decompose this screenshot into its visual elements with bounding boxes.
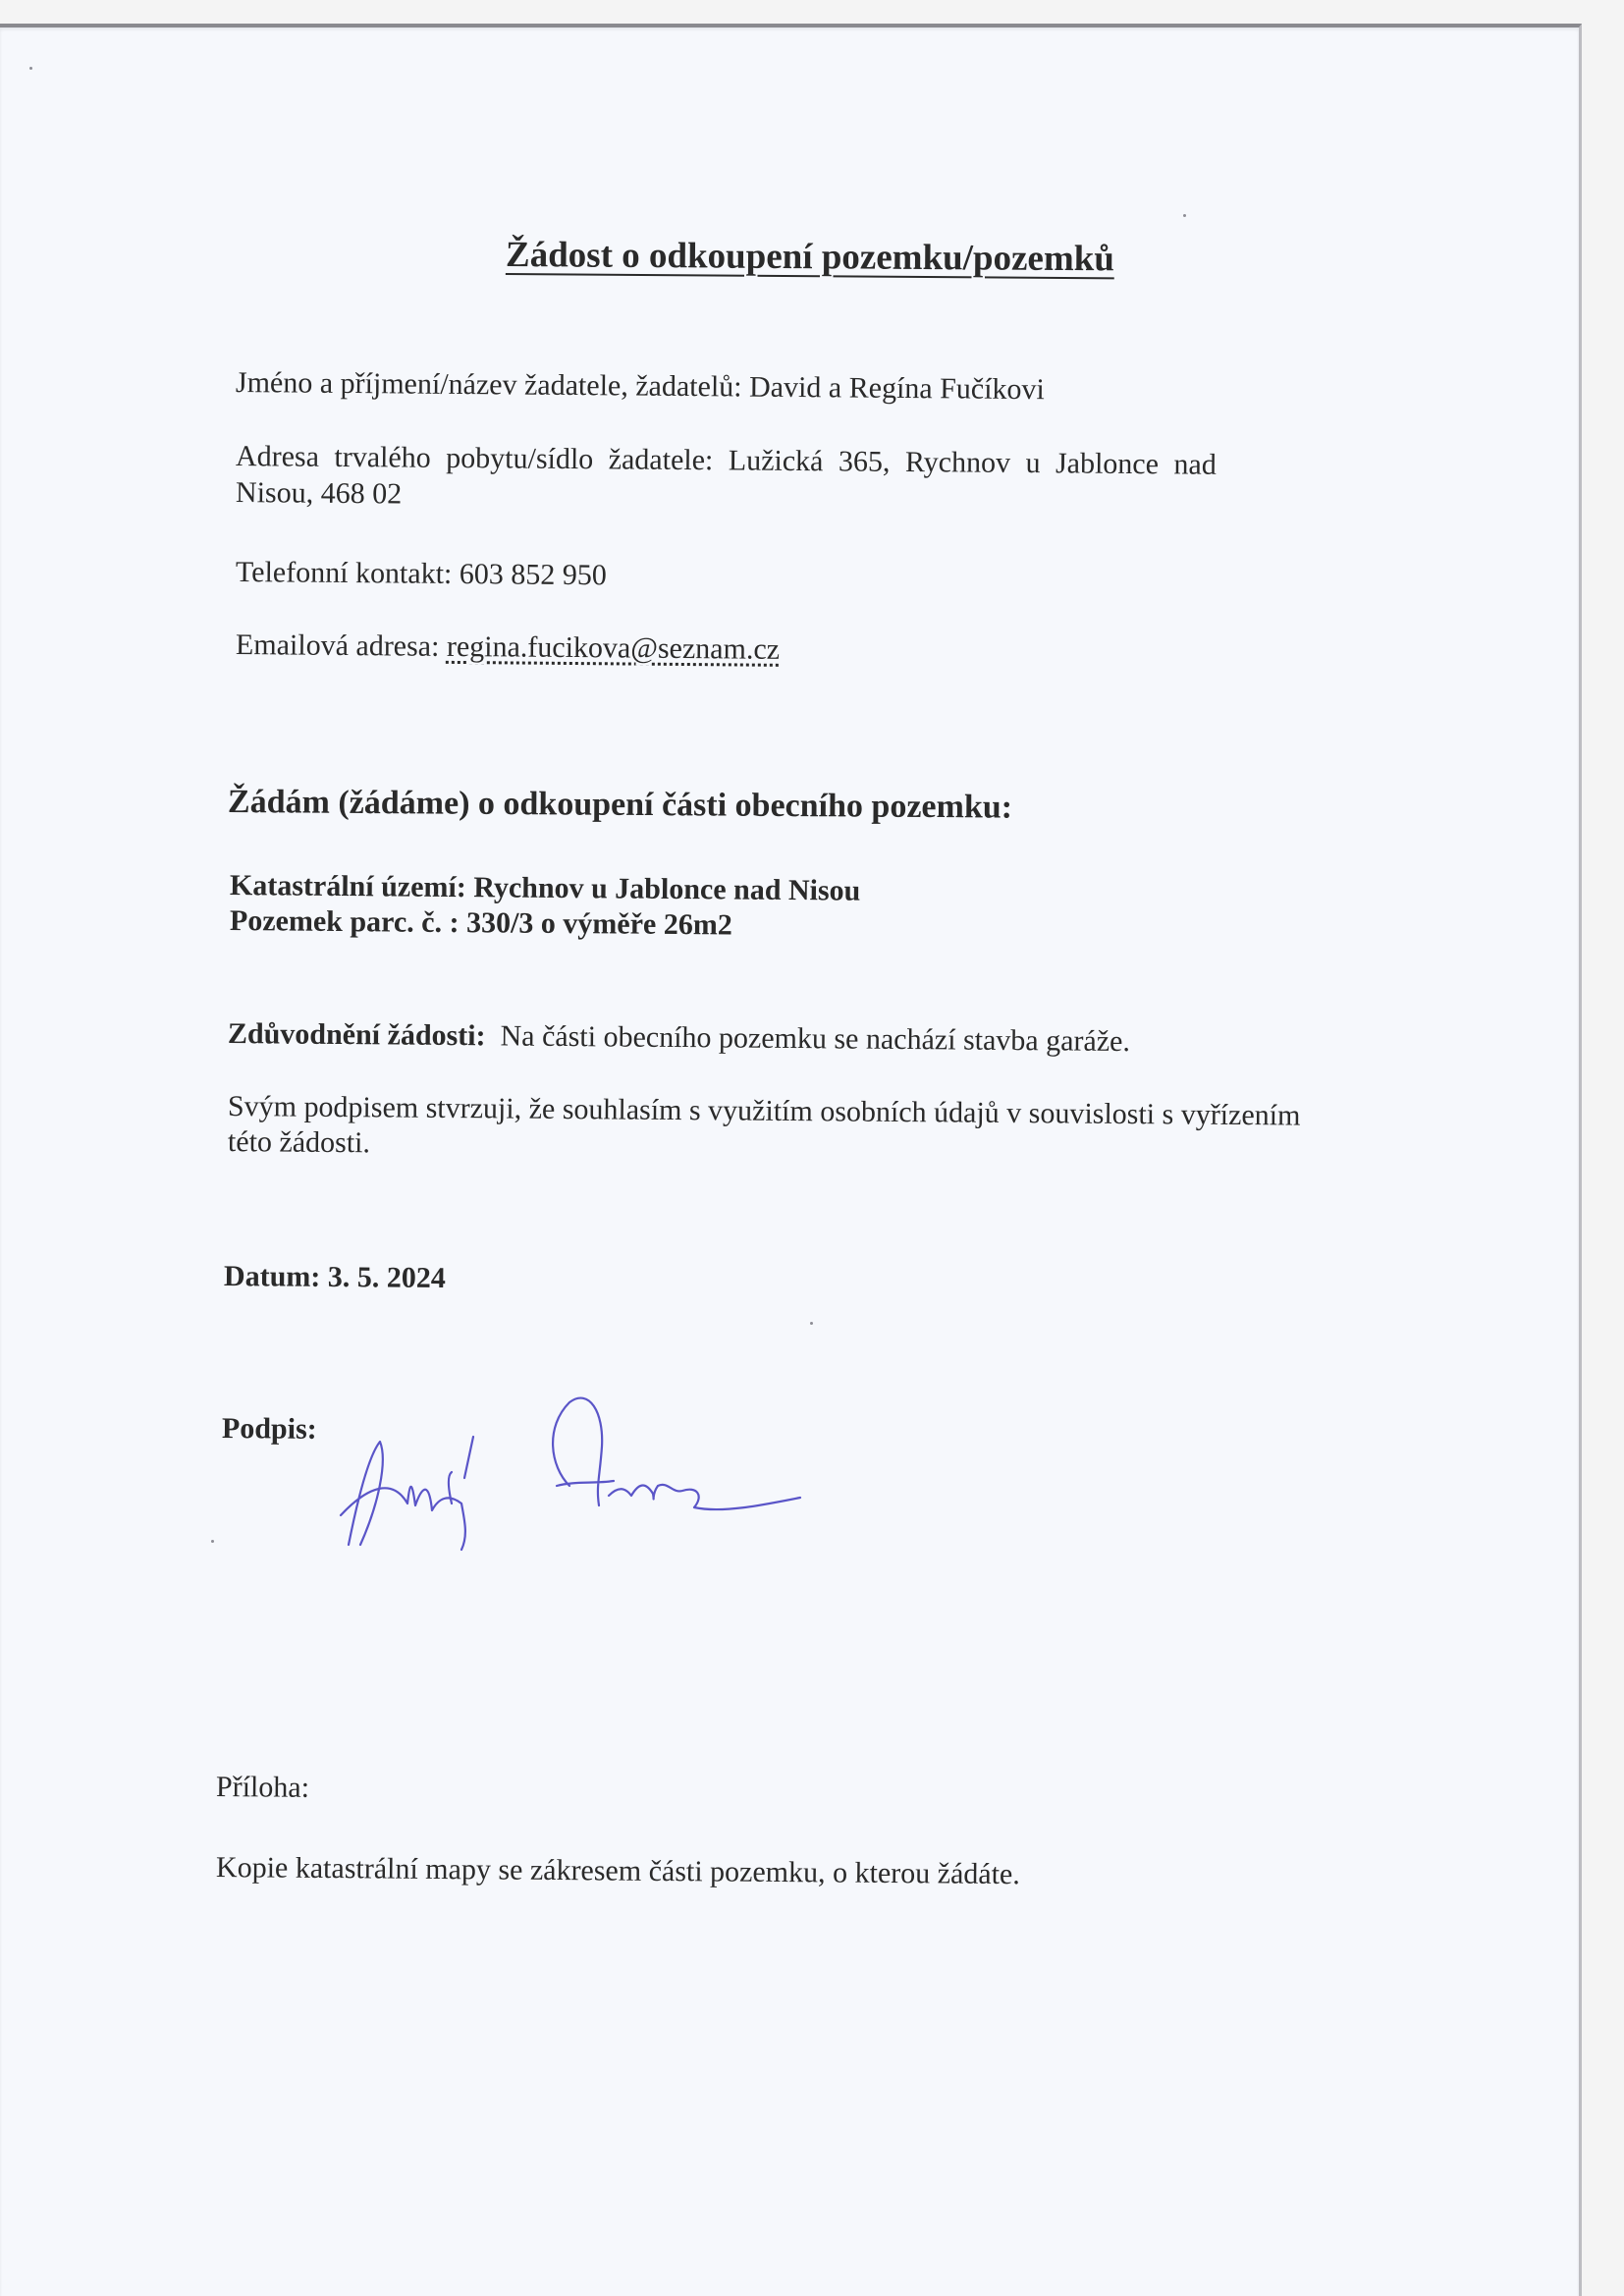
date-value: 3. 5. 2024: [328, 1261, 446, 1294]
email-link[interactable]: regina.fucikova@seznam.cz: [447, 630, 780, 666]
handwritten-signature: [339, 1388, 967, 1555]
cadastral-area-label: Katastrální území:: [230, 869, 466, 903]
email-label: Emailová adresa:: [236, 629, 440, 663]
date-row: Datum: 3. 5. 2024: [224, 1260, 446, 1295]
scan-speck: [1183, 214, 1186, 217]
scan-speck: [211, 1540, 214, 1543]
email-row: Emailová adresa: regina.fucikova@seznam.…: [236, 629, 780, 667]
attachment-label: Příloha:: [216, 1771, 309, 1805]
date-label: Datum:: [224, 1260, 321, 1293]
phone-label: Telefonní kontakt:: [236, 556, 453, 590]
scan-speck: [29, 67, 32, 70]
signature-label: Podpis:: [222, 1412, 317, 1447]
phone-row: Telefonní kontakt: 603 852 950: [236, 556, 607, 592]
justification-label: Zdůvodnění žádosti:: [228, 1017, 486, 1052]
parcel-value: 330/3 o výměře 26m2: [466, 906, 732, 941]
justification-text: Na části obecního pozemku se nachází sta…: [500, 1019, 1130, 1058]
applicant-name-label: Jméno a příjmení/název žadatele, žadatel…: [236, 366, 742, 403]
scan-speck: [810, 1322, 813, 1325]
document-title: Žádost o odkoupení pozemku/pozemků: [506, 234, 1114, 280]
applicant-address-line1: Lužická 365, Rychnov u Jablonce nad: [729, 444, 1217, 480]
applicant-name-row: Jméno a příjmení/název žadatele, žadatel…: [236, 366, 1045, 407]
request-heading: Žádám (žádáme) o odkoupení části obecníh…: [228, 784, 1012, 827]
applicant-address-row: Adresa trvalého pobytu/sídlo žadatele: L…: [236, 440, 1217, 482]
attachment-text: Kopie katastrální mapy se zákresem části…: [216, 1851, 1020, 1891]
justification-row: Zdůvodnění žádosti: Na části obecního po…: [228, 1017, 1130, 1059]
applicant-address-label: Adresa trvalého pobytu/sídlo žadatele:: [236, 440, 714, 476]
parcel-row: Pozemek parc. č. : 330/3 o výměře 26m2: [230, 904, 732, 942]
applicant-address-line2: Nisou, 468 02: [236, 476, 402, 511]
parcel-label: Pozemek parc. č. :: [230, 904, 460, 939]
scanned-page: Žádost o odkoupení pozemku/pozemků Jméno…: [0, 24, 1582, 2296]
cadastral-area-row: Katastrální území: Rychnov u Jablonce na…: [230, 869, 861, 908]
phone-value: 603 852 950: [460, 558, 607, 591]
consent-line2: této žádosti.: [228, 1125, 370, 1160]
applicant-name-value: David a Regína Fučíkovi: [749, 371, 1045, 407]
cadastral-area-value: Rychnov u Jablonce nad Nisou: [473, 871, 860, 906]
consent-line1: Svým podpisem stvrzuji, že souhlasím s v…: [228, 1090, 1301, 1133]
